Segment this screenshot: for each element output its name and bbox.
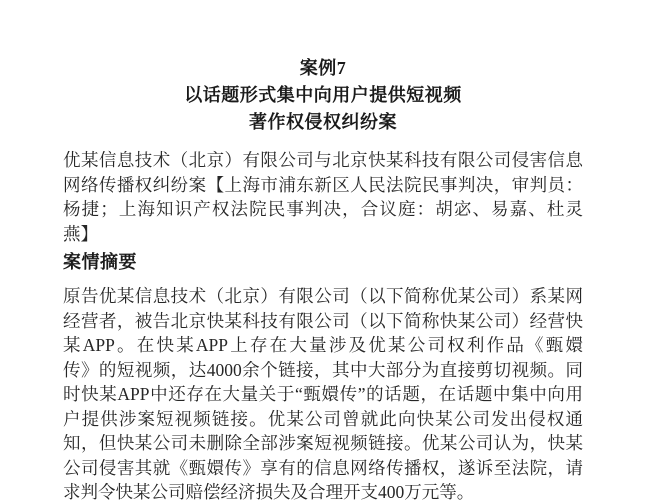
text-line: 知，但快某公司未删除全部涉案短视频链接。优某公司认为，快某	[63, 431, 583, 456]
section-heading-case-summary: 案情摘要	[63, 250, 583, 274]
text-line: 网络传播权纠纷案【上海市浦东新区人民法院民事判决，审判员：	[63, 173, 583, 198]
text-line: 优某信息技术（北京）有限公司与北京快某科技有限公司侵害信息	[63, 148, 583, 173]
case-title-line-1: 案例7	[63, 55, 583, 82]
case-title-line-2: 以话题形式集中向用户提供短视频	[63, 82, 583, 109]
case-summary-paragraph: 原告优某信息技术（北京）有限公司（以下简称优某公司）系某网 经营者，被告北京快某…	[63, 284, 583, 500]
text-line: 时快某APP中还存在大量关于“甄嬛传”的话题，在话题中集中向用	[63, 382, 583, 407]
text-line: 户提供涉案短视频链接。优某公司曾就此向快某公司发出侵权通	[63, 407, 583, 432]
case-title-line-3: 著作权侵权纠纷案	[63, 109, 583, 136]
text-line: 求判令快某公司赔偿经济损失及合理开支400万元等。	[63, 480, 583, 500]
text-line: 杨捷；上海知识产权法院民事判决，合议庭：胡宓、易嘉、杜灵	[63, 197, 583, 222]
case-reference-paragraph: 优某信息技术（北京）有限公司与北京快某科技有限公司侵害信息 网络传播权纠纷案【上…	[63, 148, 583, 246]
case-title: 案例7 以话题形式集中向用户提供短视频 著作权侵权纠纷案	[63, 55, 583, 136]
page-content: 案例7 以话题形式集中向用户提供短视频 著作权侵权纠纷案 优某信息技术（北京）有…	[0, 0, 646, 500]
text-line: 经营者，被告北京快某科技有限公司（以下简称快某公司）经营快	[63, 309, 583, 334]
text-line: 传》的短视频，达4000余个链接，其中大部分为直接剪切视频。同	[63, 358, 583, 383]
text-line: 公司侵害其就《甄嬛传》享有的信息网络传播权，遂诉至法院，请	[63, 456, 583, 481]
text-line: 某APP。在快某APP上存在大量涉及优某公司权利作品《甄嬛	[63, 333, 583, 358]
text-line: 燕】	[63, 222, 583, 247]
document-page: 案例7 以话题形式集中向用户提供短视频 著作权侵权纠纷案 优某信息技术（北京）有…	[0, 0, 646, 500]
text-line: 原告优某信息技术（北京）有限公司（以下简称优某公司）系某网	[63, 284, 583, 309]
